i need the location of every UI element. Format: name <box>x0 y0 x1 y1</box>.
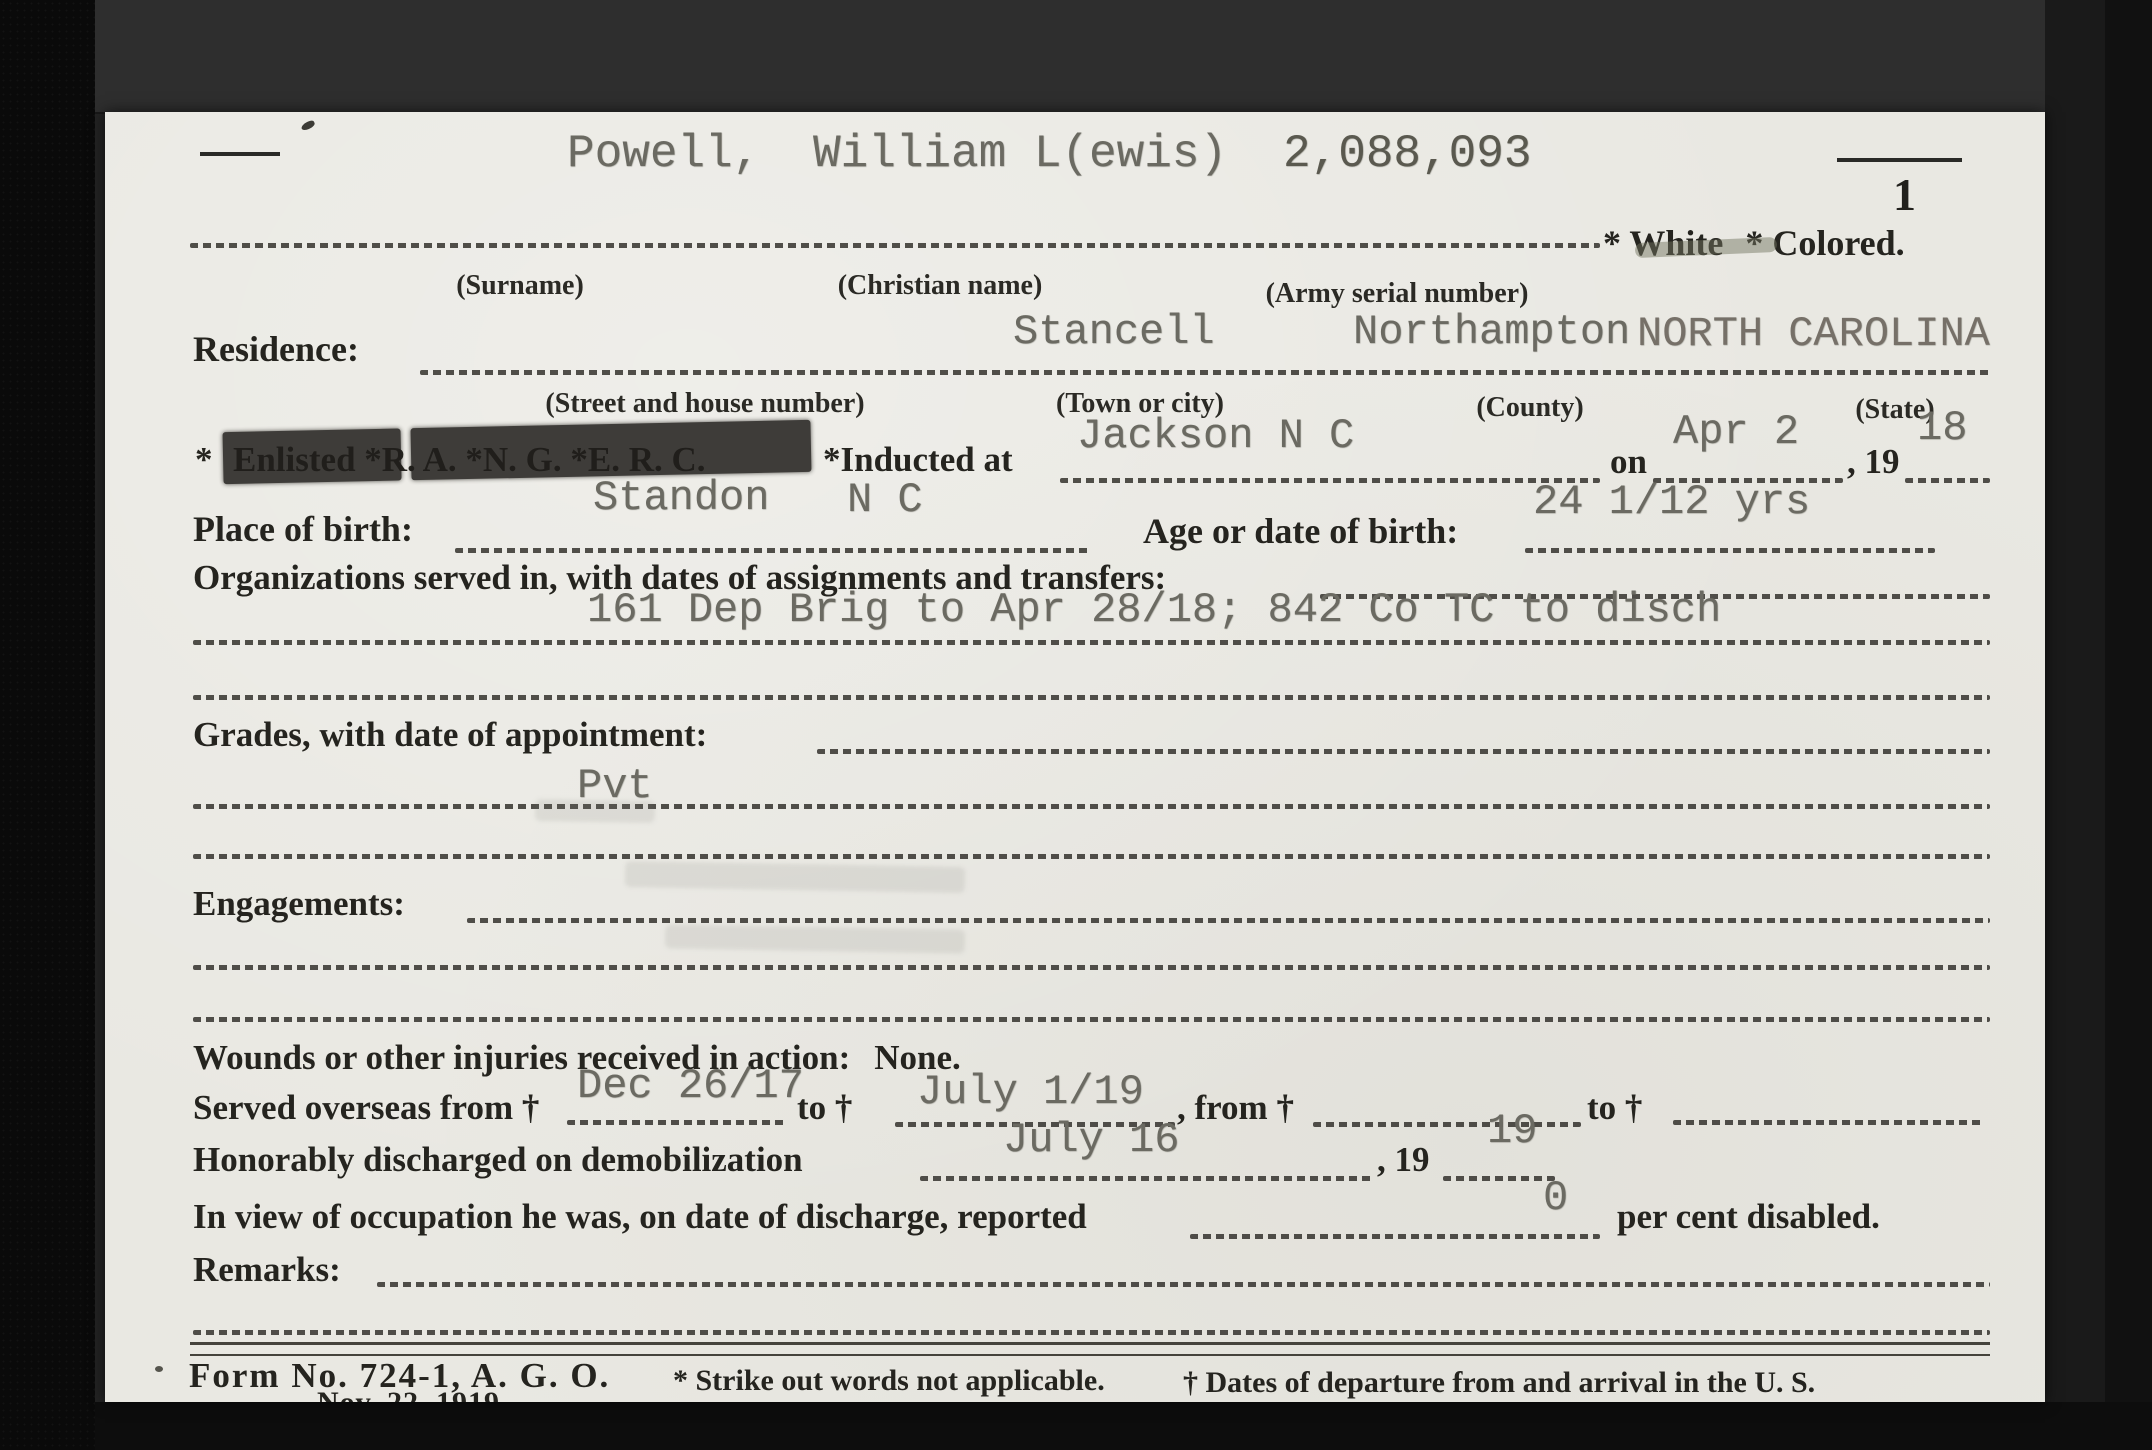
overseas-to-label2: to † <box>1587 1088 1642 1128</box>
organizations-dotted-line-2 <box>193 695 1990 700</box>
residence-county-value: Northampton <box>1353 308 1630 356</box>
street-label: (Street and house number) <box>545 388 864 420</box>
place-of-birth-value: Standon <box>593 474 769 522</box>
overseas-from2-dotted-line <box>1313 1122 1581 1127</box>
residence-dotted-line <box>420 370 1990 375</box>
discharge-year-label: , 19 <box>1377 1140 1430 1180</box>
engagements-dotted-line-1 <box>193 965 1990 970</box>
discharge-year-dotted-line <box>1443 1176 1555 1181</box>
overseas-label: Served overseas from † <box>193 1088 539 1128</box>
engagements-dotted-line-2 <box>193 1017 1990 1022</box>
overseas-to2-dotted-line <box>1673 1120 1985 1125</box>
remarks-dotted-line-2 <box>193 1330 1990 1335</box>
scanner-left-strip <box>0 0 95 1450</box>
disability-dotted-line <box>1190 1234 1600 1239</box>
engagements-label: Engagements: <box>193 884 405 924</box>
army-serial-number-value: 2,088,093 <box>1283 128 1531 180</box>
on-label: on <box>1610 442 1647 482</box>
remarks-dotted-line <box>377 1282 1990 1287</box>
grades-dotted-line-right <box>817 749 1990 754</box>
dagger-note: † Dates of departure from and arrival in… <box>1183 1366 1815 1400</box>
scanner-bottom-band <box>95 1402 2152 1450</box>
induction-year-value: 18 <box>1917 404 1967 452</box>
footer-rule <box>190 1342 1990 1356</box>
scanner-top-band <box>95 0 2152 114</box>
organizations-dotted-line-1 <box>193 640 1990 645</box>
organizations-value: 161 Dep Brig to Apr 28/18; 842 Co TC to … <box>587 586 1721 634</box>
ink-speck <box>300 119 316 131</box>
overseas-to-label1: to † <box>797 1088 852 1128</box>
footer-asterisk-mark <box>155 1366 163 1372</box>
service-record-card: Powell, William L(ewis) 2,088,093 * Whit… <box>105 112 2045 1402</box>
county-label: (County) <box>1476 392 1583 424</box>
christian-name-value: William L(ewis) <box>813 128 1227 180</box>
christian-name-label: (Christian name) <box>838 270 1043 302</box>
overseas-from1-dotted-line <box>567 1120 785 1125</box>
place-of-birth-dotted-line <box>455 548 1090 553</box>
ink-transfer-smudge <box>625 861 965 893</box>
induction-date-value: Apr 2 <box>1673 408 1799 456</box>
age-dotted-line <box>1525 548 1935 553</box>
name-dotted-line <box>190 243 1600 248</box>
discharge-year-value: 19 <box>1487 1107 1537 1155</box>
ink-transfer-smudge <box>535 799 655 823</box>
grades-label: Grades, with date of appointment: <box>193 715 707 755</box>
disability-value: 0 <box>1543 1174 1568 1222</box>
engagements-dotted-line-right <box>467 918 1990 923</box>
inducted-at-label: *Inducted at <box>823 440 1013 480</box>
induction-year-label: , 19 <box>1847 442 1900 482</box>
scanned-document: Powell, William L(ewis) 2,088,093 * Whit… <box>0 0 2152 1450</box>
disability-suffix: per cent disabled. <box>1617 1197 1880 1237</box>
induction-year-dotted-line <box>1905 478 1990 483</box>
page-number-overline <box>1837 158 1962 162</box>
place-of-birth-label: Place of birth: <box>193 508 413 550</box>
strike-out-note: * Strike out words not applicable. <box>673 1364 1105 1398</box>
discharge-label: Honorably discharged on demobilization <box>193 1140 803 1180</box>
residence-town-value: Stancell <box>1013 308 1215 356</box>
residence-label: Residence: <box>193 328 359 370</box>
redaction-segment <box>223 428 402 484</box>
inducted-place-value: Jackson N C <box>1077 412 1354 460</box>
enlisted-asterisk: * <box>195 440 213 480</box>
residence-state-value: NORTH CAROLINA <box>1637 310 1990 358</box>
surname-label: (Surname) <box>456 270 584 302</box>
ink-transfer-smudge <box>665 924 965 953</box>
scanner-right-edge <box>2105 0 2152 1450</box>
page-number: 1 <box>1893 168 1916 221</box>
discharge-date-dotted-line <box>920 1176 1375 1181</box>
surname-value: Powell, <box>567 128 760 180</box>
age-value: 24 1/12 yrs <box>1533 478 1810 526</box>
inducted-place-dotted-line <box>1060 478 1600 483</box>
place-of-birth-state-value: N C <box>847 476 923 524</box>
remarks-label: Remarks: <box>193 1250 341 1290</box>
overseas-to1-value: July 1/19 <box>917 1068 1144 1116</box>
overseas-from1-value: Dec 26/17 <box>577 1062 804 1110</box>
disability-label: In view of occupation he was, on date of… <box>193 1197 1087 1237</box>
age-label: Age or date of birth: <box>1143 510 1458 552</box>
redaction-segment <box>410 420 811 480</box>
grades-dotted-line-1 <box>193 804 1990 809</box>
serial-number-label: (Army serial number) <box>1266 278 1529 310</box>
discharge-date-value: July 16 <box>1003 1116 1179 1164</box>
overseas-from-label2: , from † <box>1177 1088 1294 1128</box>
pencil-dash-mark <box>200 152 280 156</box>
grades-dotted-line-2 <box>193 854 1990 859</box>
form-date: Nov. 22, 1919. <box>317 1386 509 1402</box>
